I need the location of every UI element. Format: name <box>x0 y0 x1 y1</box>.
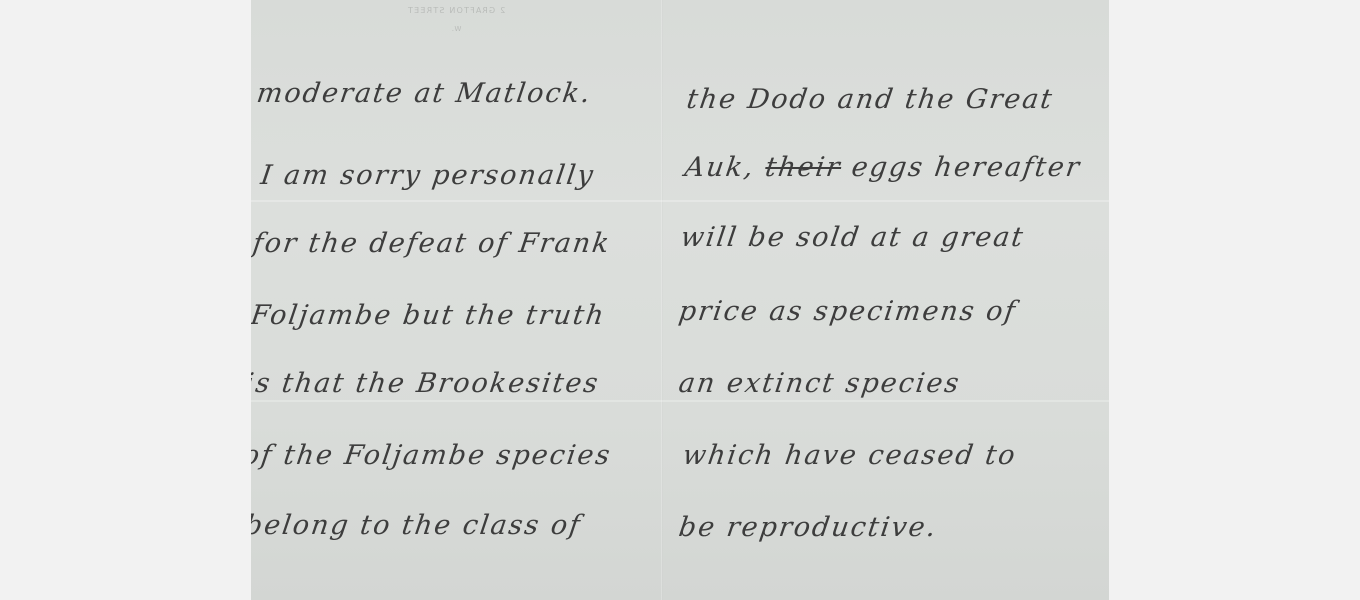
letter-text: eggs hereafter <box>839 152 1083 183</box>
letter-line: Auk, their eggs hereafter <box>683 152 1083 183</box>
paper-fold-vertical <box>661 0 663 600</box>
letter-line: which have ceased to <box>681 440 1019 471</box>
letter-line: belong to the class of <box>251 510 583 541</box>
letter-line: is that the Brookesites <box>251 368 602 399</box>
letter-line: Foljambe but the truth <box>251 300 608 331</box>
paper-fold-horizontal <box>251 200 1109 202</box>
letter-line: the Dodo and the Great <box>685 84 1056 115</box>
letter-line: will be sold at a great <box>679 222 1027 253</box>
paper-fold-horizontal <box>251 400 1109 402</box>
struck-word: their <box>763 152 843 183</box>
letterhead-sub: W. <box>251 25 661 33</box>
letter-line: I am sorry personally <box>259 160 597 191</box>
letter-line: an extinct species <box>677 368 963 399</box>
letter-text: Auk, <box>683 152 768 183</box>
letter-page: 2 GRAFTON STREET W. moderate at Matlock.… <box>251 0 1109 600</box>
letter-line: for the defeat of Frank <box>251 228 613 259</box>
letter-line: of the Foljambe species <box>251 440 614 471</box>
letterhead-address: 2 GRAFTON STREET <box>407 6 505 15</box>
letter-line: moderate at Matlock. <box>255 78 594 109</box>
letterhead: 2 GRAFTON STREET W. <box>251 6 661 33</box>
letter-line: price as specimens of <box>677 296 1019 327</box>
letter-line: be reproductive. <box>677 512 940 543</box>
